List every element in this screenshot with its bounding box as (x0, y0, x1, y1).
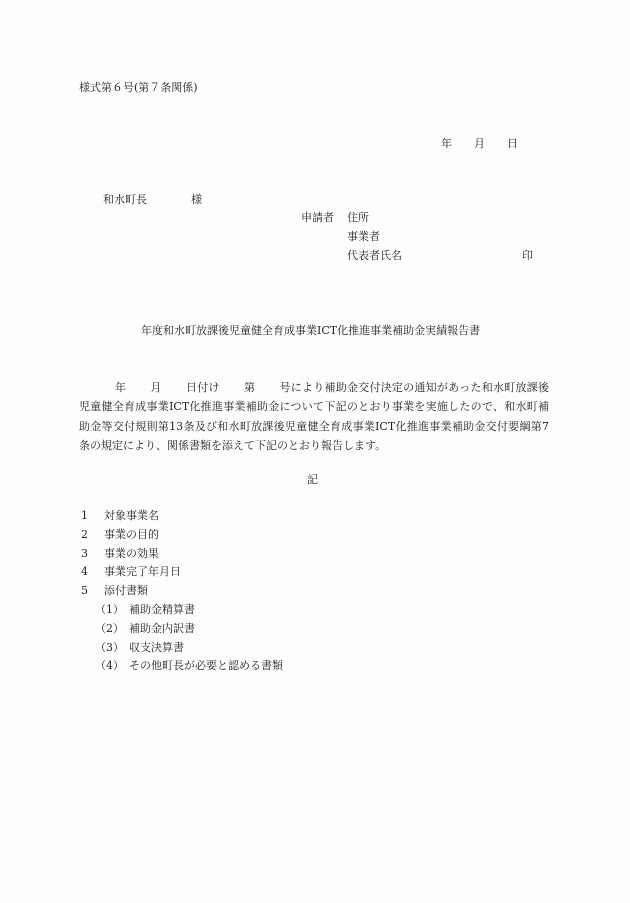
attachment-item: （1）補助金精算書 (81, 604, 283, 623)
year-label: 年 (441, 138, 452, 149)
list-item: 3事業の効果 (81, 548, 283, 567)
list-item: 1対象事業名 (81, 510, 283, 529)
month-label: 月 (474, 138, 485, 149)
day-label: 日 (507, 138, 518, 149)
date-line: 年月日 (441, 138, 518, 149)
form-number: 様式第６号(第７条関係) (79, 82, 198, 93)
body-year: 年 (115, 381, 126, 394)
item-list: 1対象事業名 2事業の目的 3事業の効果 4事業完了年月日 5添付書類 （1）補… (81, 510, 283, 679)
addressee: 和水町長様 (103, 194, 202, 205)
document-title: 年度和水町放課後児童健全育成事業ICT化推進事業補助金実績報告書 (141, 325, 480, 336)
ki-heading: 記 (307, 474, 318, 485)
list-item: 4事業完了年月日 (81, 566, 283, 585)
body-month: 月 (150, 381, 162, 394)
applicant-address-label: 住所 (347, 212, 369, 223)
list-item: 5添付書類 (81, 585, 283, 604)
attachment-item: （2）補助金内訳書 (81, 623, 283, 642)
attachment-item: （4）その他町長が必要と認める書類 (81, 660, 283, 679)
seal-mark: 印 (522, 250, 533, 261)
applicant-business-label: 事業者 (347, 231, 380, 242)
addressee-honorific: 様 (191, 193, 202, 206)
attachment-item: （3）収支決算書 (81, 642, 283, 661)
body-day: 日付け (186, 381, 220, 394)
body-dai: 第 (244, 381, 256, 394)
list-item: 2事業の目的 (81, 529, 283, 548)
addressee-name: 和水町長 (103, 193, 147, 206)
applicant-representative-label: 代表者氏名 (347, 250, 402, 261)
body-paragraph: 年月日付け第号により補助金交付決定の通知があった和水町放課後児童健全育成事業IC… (79, 378, 549, 455)
applicant-label: 申請者 (301, 212, 334, 223)
